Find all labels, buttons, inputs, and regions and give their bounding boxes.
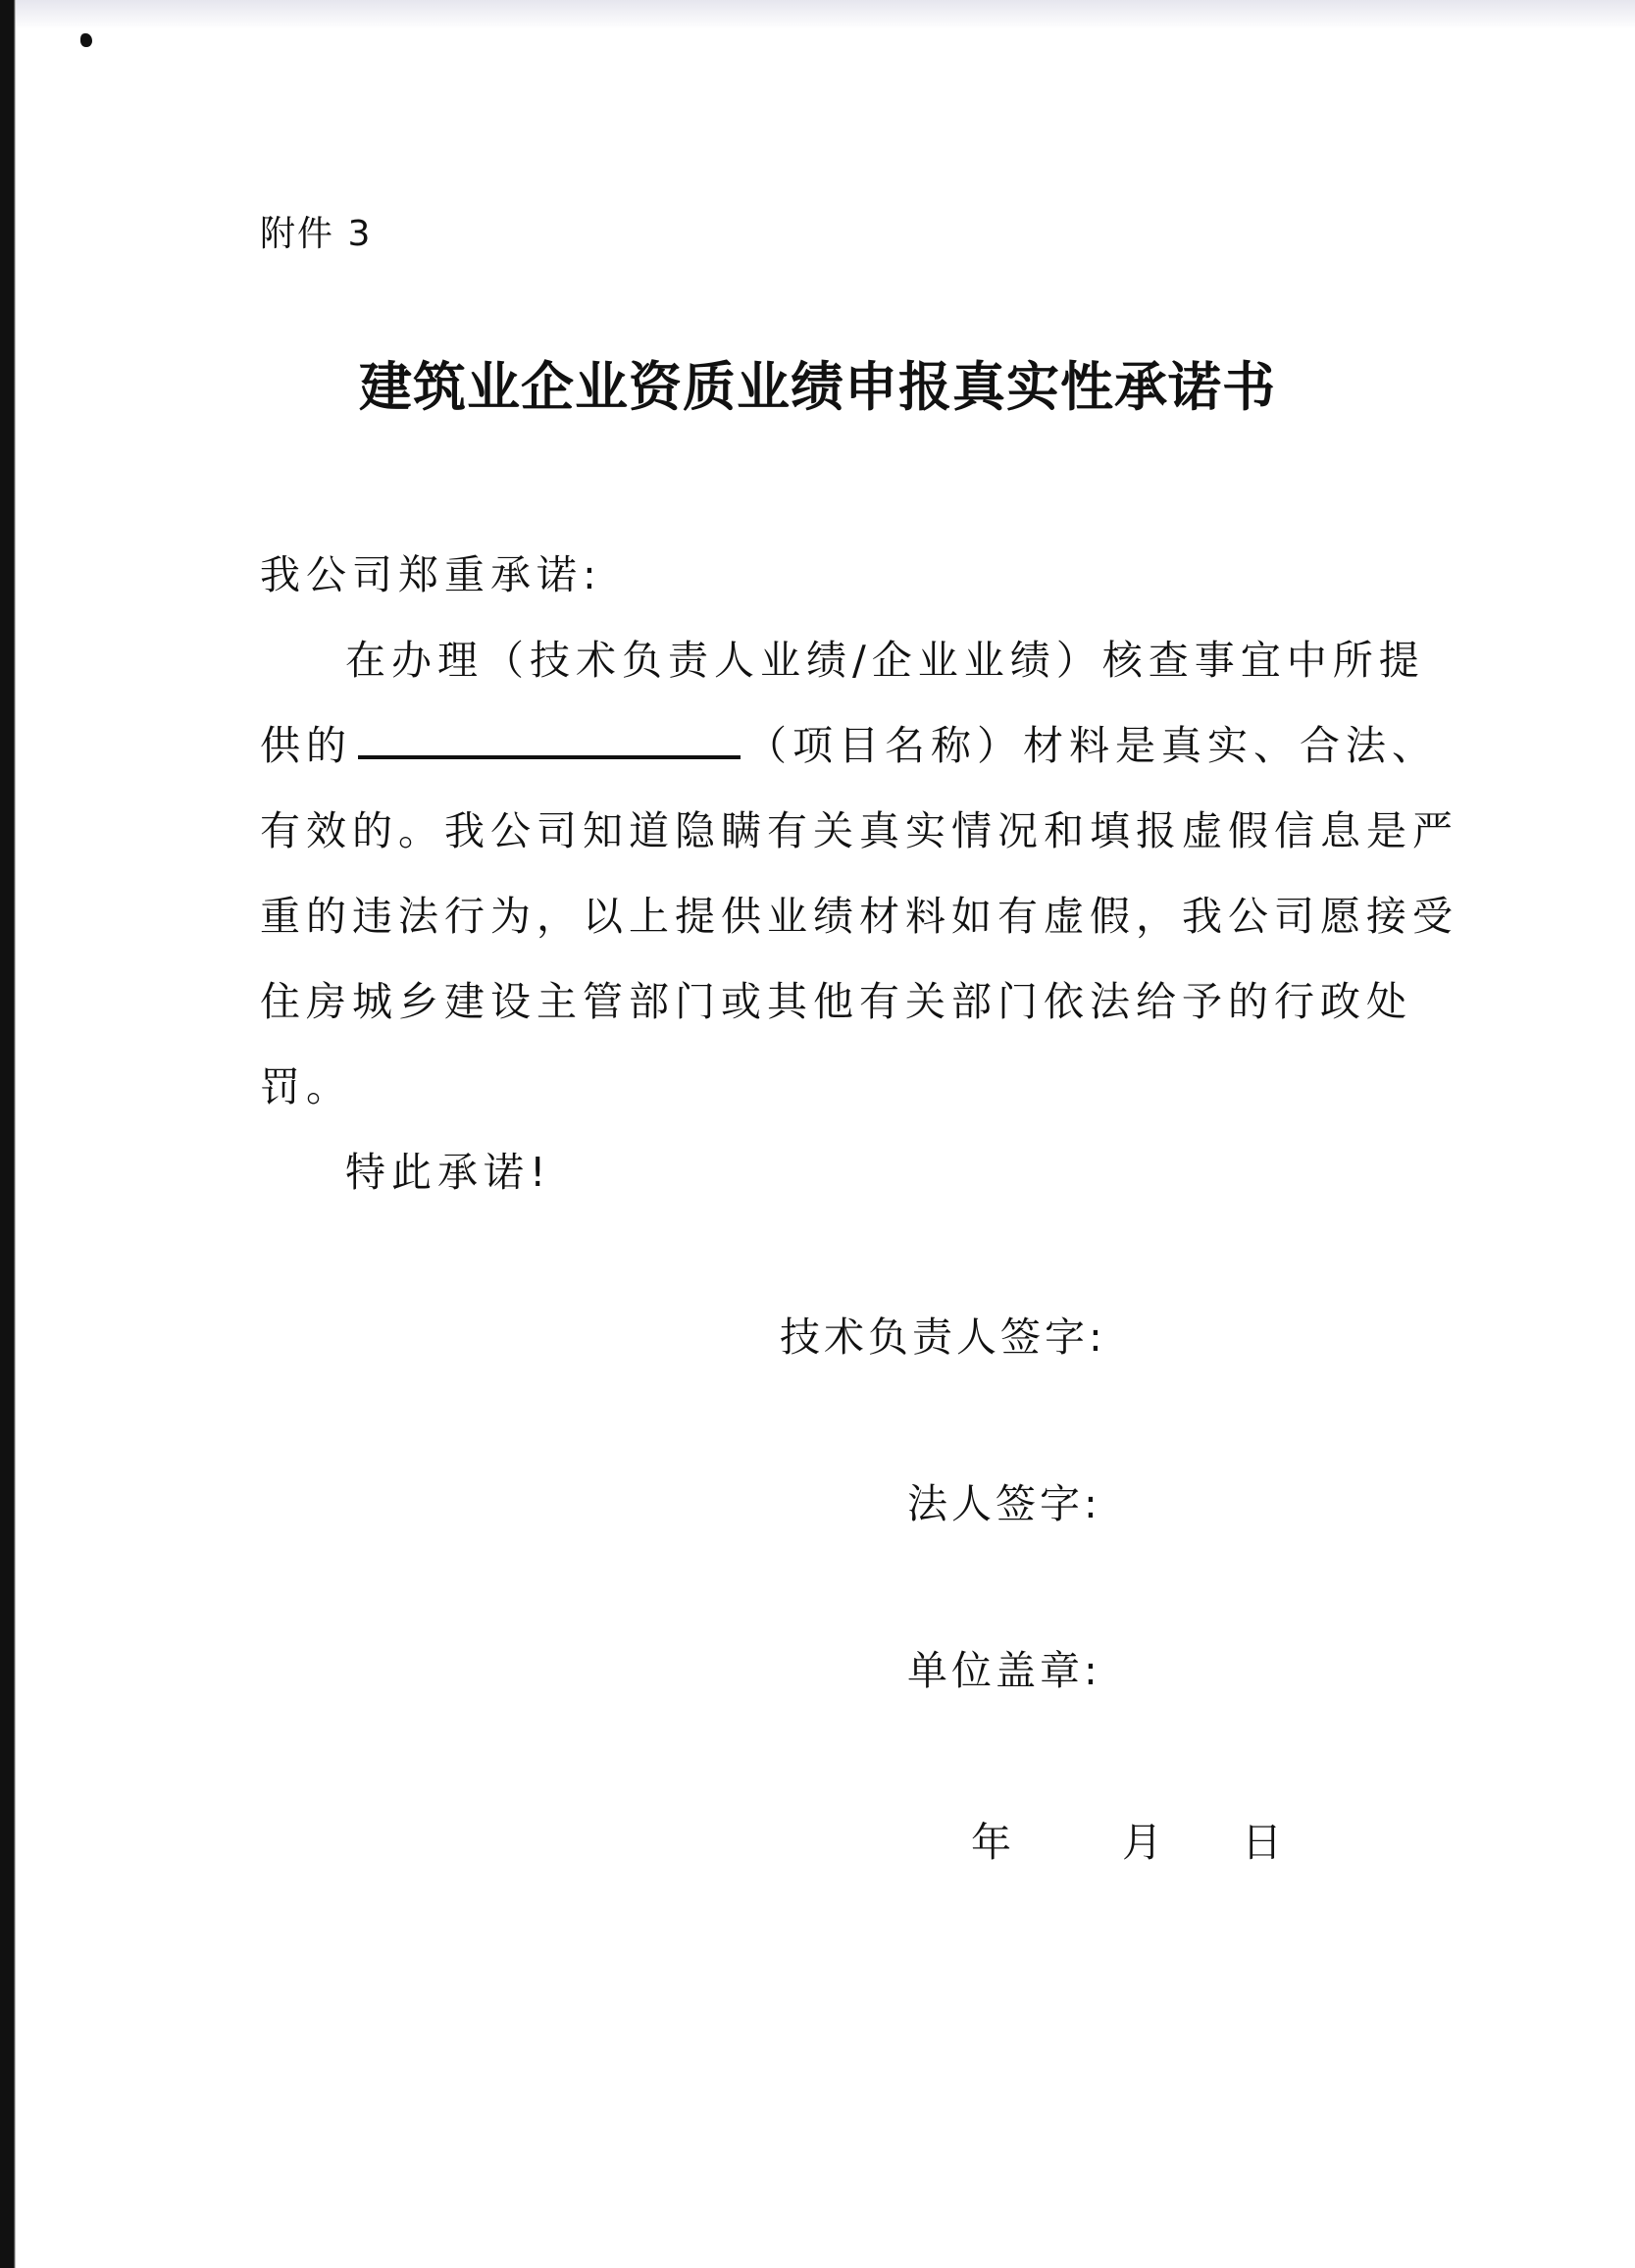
legal-rep-signature-label: 法人签字: [907, 1471, 1101, 1529]
greeting: 我公司郑重承诺: [260, 542, 1388, 600]
scan-edge-top [0, 0, 1635, 29]
document-title: 建筑业企业资质业绩申报真实性承诺书 [0, 345, 1635, 421]
body-line-1: 在办理（技术负责人业绩/企业业绩）核查事宜中所提 [345, 628, 1473, 686]
scan-speck [80, 33, 92, 47]
scan-edge-left [0, 0, 16, 2268]
project-name-blank[interactable] [358, 720, 741, 759]
tech-lead-signature-label: 技术负责人签字: [780, 1305, 1106, 1363]
date-month: 月 [1122, 1810, 1166, 1868]
body-line-4: 重的违法行为，以上提供业绩材料如有虚假，我公司愿接受 [260, 884, 1388, 942]
body-line-2: 供的（项目名称）材料是真实、合法、 [260, 713, 1388, 771]
company-seal-label: 单位盖章: [907, 1638, 1101, 1696]
body-line-6: 罚。 [260, 1055, 1388, 1112]
body-line-5: 住房城乡建设主管部门或其他有关部门依法给予的行政处 [260, 969, 1388, 1027]
attachment-label: 附件 3 [260, 206, 372, 256]
date-year: 年 [971, 1810, 1015, 1868]
body-line-3: 有效的。我公司知道隐瞒有关真实情况和填报虚假信息是严 [260, 799, 1388, 856]
closing-statement: 特此承诺! [345, 1140, 1473, 1198]
body-line-2-end: （项目名称）材料是真实、合法、 [746, 722, 1438, 769]
date-line: 年 月 日 [971, 1810, 1286, 1868]
date-day: 日 [1242, 1810, 1286, 1868]
body-line-2-start: 供的 [260, 722, 352, 769]
